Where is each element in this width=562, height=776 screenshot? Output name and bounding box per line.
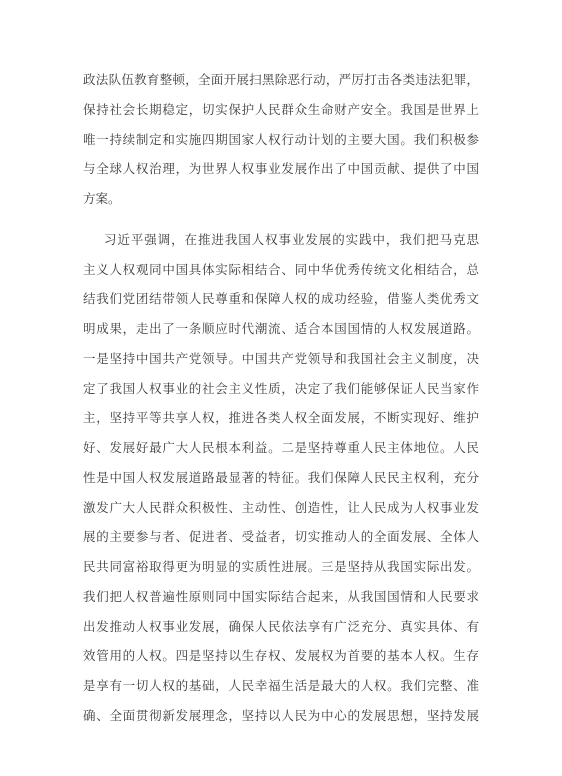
paragraph-1: 政法队伍教育整顿，全面开展扫黑除恶行动，严厉打击各类违法犯罪， 保持社会长期稳定…: [83, 66, 479, 215]
text-line: 民共同富裕取得更为明显的实质性进展。三是坚持从我国实际出发。: [83, 553, 479, 583]
text-line: 习近平强调，在推进我国人权事业发展的实践中，我们把马克思: [83, 226, 479, 256]
text-line: 与全球人权治理，为世界人权事业发展作出了中国贡献、提供了中国: [83, 155, 479, 185]
text-line: 出发推动人权事业发展，确保人民依法享有广泛充分、真实具体、有: [83, 613, 479, 643]
text-line: 一是坚持中国共产党领导。中国共产党领导和我国社会主义制度，决: [83, 345, 479, 375]
text-line: 方案。: [83, 185, 479, 215]
text-line: 是享有一切人权的基础，人民幸福生活是最大的人权。我们完整、准: [83, 672, 479, 702]
text-line: 好、发展好最广大人民根本利益。二是坚持尊重人民主体地位。人民: [83, 434, 479, 464]
text-line: 保持社会长期稳定，切实保护人民群众生命财产安全。我国是世界上: [83, 96, 479, 126]
text-line: 结我们党团结带领人民尊重和保障人权的成功经验，借鉴人类优秀文: [83, 285, 479, 315]
text-line: 唯一持续制定和实施四期国家人权行动计划的主要大国。我们积极参: [83, 126, 479, 156]
body-text-block: 政法队伍教育整顿，全面开展扫黑除恶行动，严厉打击各类违法犯罪， 保持社会长期稳定…: [83, 66, 479, 732]
text-line: 确、全面贯彻新发展理念，坚持以人民为中心的发展思想，坚持发展: [83, 702, 479, 732]
paragraph-2: 习近平强调，在推进我国人权事业发展的实践中，我们把马克思 主义人权观同中国具体实…: [83, 226, 479, 732]
text-line: 我们把人权普遍性原则同中国实际结合起来，从我国国情和人民要求: [83, 583, 479, 613]
document-page: 政法队伍教育整顿，全面开展扫黑除恶行动，严厉打击各类违法犯罪， 保持社会长期稳定…: [0, 0, 562, 776]
text-line: 性是中国人权发展道路最显著的特征。我们保障人民民主权利，充分: [83, 464, 479, 494]
text-line: 明成果，走出了一条顺应时代潮流、适合本国国情的人权发展道路。: [83, 315, 479, 345]
text-line: 效管用的人权。四是坚持以生存权、发展权为首要的基本人权。生存: [83, 642, 479, 672]
text-line: 展的主要参与者、促进者、受益者，切实推动人的全面发展、全体人: [83, 523, 479, 553]
text-line: 主义人权观同中国具体实际相结合、同中华优秀传统文化相结合，总: [83, 256, 479, 286]
text-line: 主，坚持平等共享人权，推进各类人权全面发展，不断实现好、维护: [83, 404, 479, 434]
text-line: 激发广大人民群众积极性、主动性、创造性，让人民成为人权事业发: [83, 494, 479, 524]
text-line: 政法队伍教育整顿，全面开展扫黑除恶行动，严厉打击各类违法犯罪，: [83, 66, 479, 96]
text-line: 定了我国人权事业的社会主义性质，决定了我们能够保证人民当家作: [83, 375, 479, 405]
